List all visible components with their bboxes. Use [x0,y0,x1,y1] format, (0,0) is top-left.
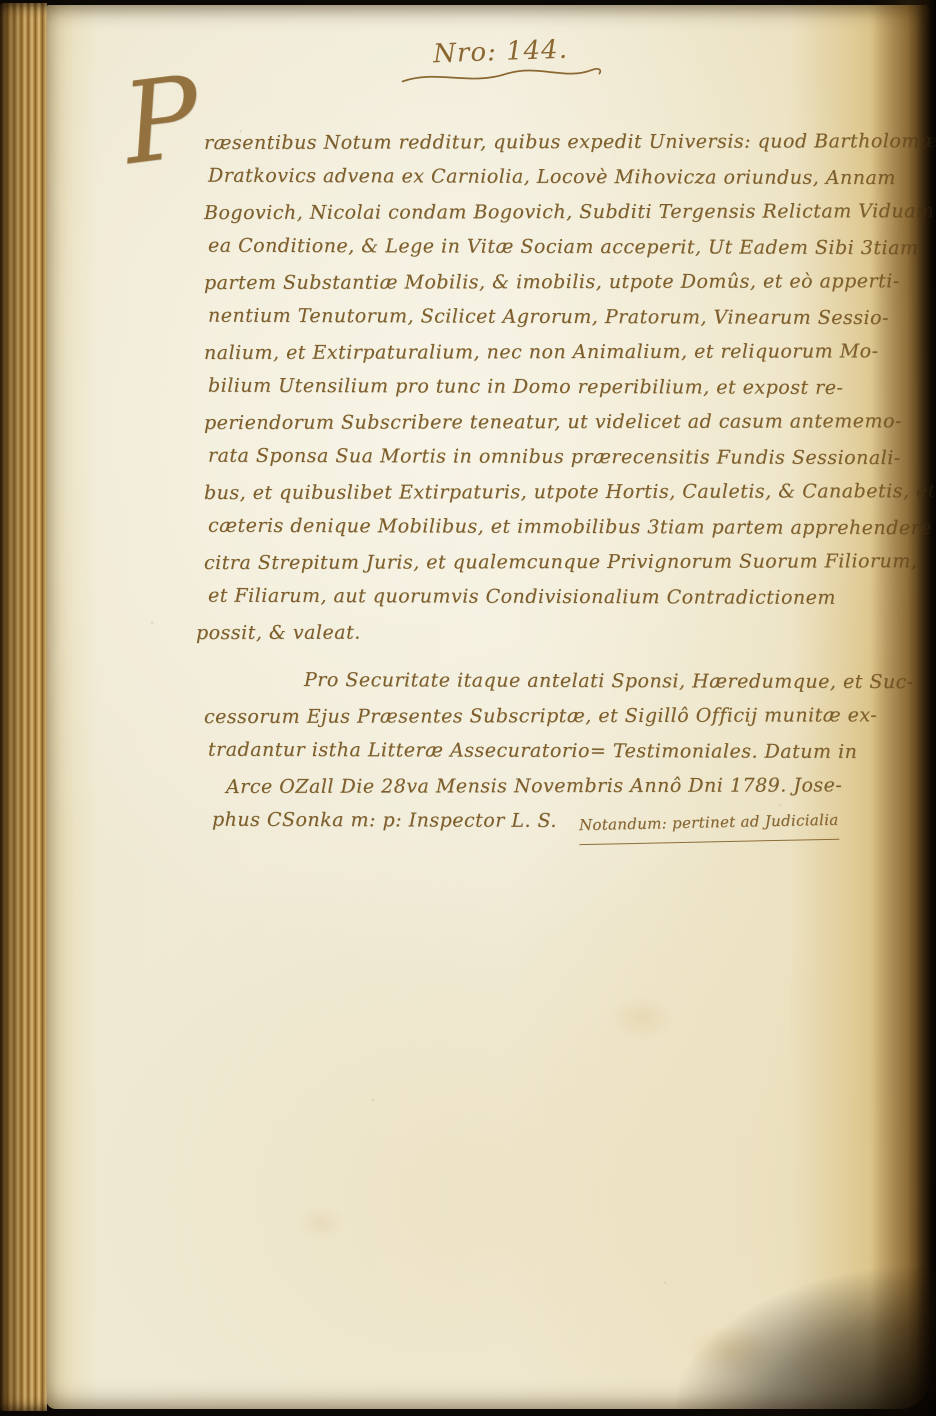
signature-text: phus CSonka m: p: Inspector L. S. [212,803,557,839]
manuscript-line: tradantur istha Litteræ Assecuratorio= T… [208,733,936,771]
manuscript-line-signature: phus CSonka m: p: Inspector L. S. Notand… [208,803,936,844]
manuscript-line: Dratkovics advena ex Carniolia, Locovè M… [208,159,936,197]
manuscript-line: Bogovich, Nicolai condam Bogovich, Subdi… [204,194,936,231]
manuscript-line: cæteris denique Mobilibus, et immobilibu… [208,509,936,547]
manuscript-line: periendorum Subscribere teneatur, ut vid… [204,404,936,441]
manuscript-line: nentium Tenutorum, Scilicet Agrorum, Pra… [208,299,936,337]
manuscript-line-paragraph2-start: Pro Securitate itaque antelati Sponsi, H… [208,663,936,701]
bound-manuscript-photo: Nro: 144. P ræsentibus Notum redditur, q… [0,0,936,1416]
manuscript-line: partem Substantiæ Mobilis, & imobilis, u… [204,264,936,301]
manuscript-line: ræsentibus Notum redditur, quibus expedi… [204,124,936,161]
manuscript-line: et Filiarum, aut quorumvis Condivisional… [208,579,936,617]
manuscript-line: bus, et quibuslibet Extirpaturis, utpote… [204,474,936,511]
manuscript-line: cessorum Ejus Præsentes Subscriptæ, et S… [204,698,936,735]
manuscript-line: bilium Utensilium pro tunc in Domo reper… [208,369,936,407]
document-number: Nro: 144. [91,23,910,104]
manuscript-line: rata Sponsa Sua Mortis in omnibus prærec… [208,439,936,477]
paper-stain [686,1325,776,1375]
document-number-text: Nro: 144. [433,35,569,70]
manuscript-line: nalium, et Extirpaturalium, nec non Anim… [204,334,936,371]
marginal-note-underlined: Notandum: pertinet ad Judicialia [579,803,839,845]
manuscript-text: ræsentibus Notum redditur, quibus expedi… [204,125,936,842]
manuscript-line: citra Strepitum Juris, et qualemcunque P… [204,544,936,581]
paper-stain [296,1205,346,1241]
manuscript-line: possit, & valeat. [196,614,936,651]
paper-stain [606,995,676,1041]
book-page-edges [0,3,47,1411]
drop-cap-initial: P [117,61,205,181]
manuscript-line-dateline: Arce OZall Die 28va Mensis Novembris Ann… [204,768,936,805]
manuscript-page: Nro: 144. P ræsentibus Notum redditur, q… [46,5,930,1409]
manuscript-line: ea Conditione, & Lege in Vitæ Sociam acc… [208,229,936,267]
